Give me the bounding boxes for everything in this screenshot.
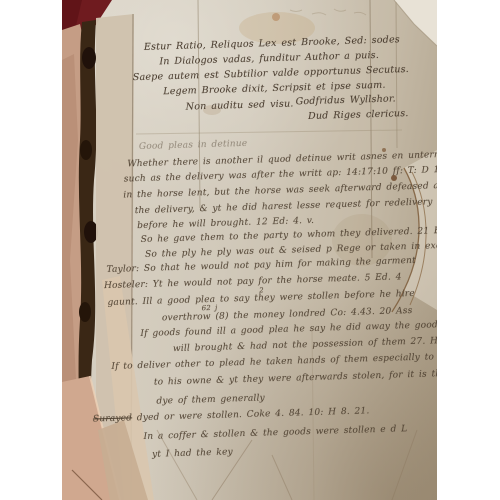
- handwritten-text-layer: Estur Ratio, Reliquos Lex est Brooke, Se…: [62, 0, 437, 500]
- epigram-line: Non auditu sed visu.: [186, 99, 294, 113]
- superscript-note: 2: [259, 287, 264, 295]
- manuscript-line: yt I had the key: [152, 448, 233, 460]
- struck-word: Surayed: [93, 413, 132, 424]
- manuscript-line: In a coffer & stollen & the goods were s…: [143, 425, 407, 443]
- auction-photo-canvas: Estur Ratio, Reliquos Lex est Brooke, Se…: [0, 0, 500, 500]
- notes-heading: Good pleas in detinue: [139, 140, 248, 153]
- manuscript-line: to his owne & yt they were afterwards st…: [154, 370, 437, 389]
- manuscript-line-rest: dyed or were stollen. Coke 4. 84. 10: H …: [137, 406, 370, 423]
- signature-line: Godfridus Wyllshor.: [295, 94, 395, 107]
- manuscript-photo: Estur Ratio, Reliquos Lex est Brooke, Se…: [62, 0, 437, 500]
- manuscript-line: the delivery, & yt he did harest lesse r…: [135, 198, 437, 217]
- signature-line: Dud Riges clericus.: [308, 109, 409, 122]
- manuscript-line: will brought & had not the possession of…: [173, 337, 437, 355]
- manuscript-line: dye of them generally: [156, 394, 265, 407]
- manuscript-line: Hosteler: Yt he would not pay for the ho…: [104, 273, 402, 292]
- manuscript-line: Surayed dyed or were stollen. Coke 4. 84…: [93, 407, 370, 425]
